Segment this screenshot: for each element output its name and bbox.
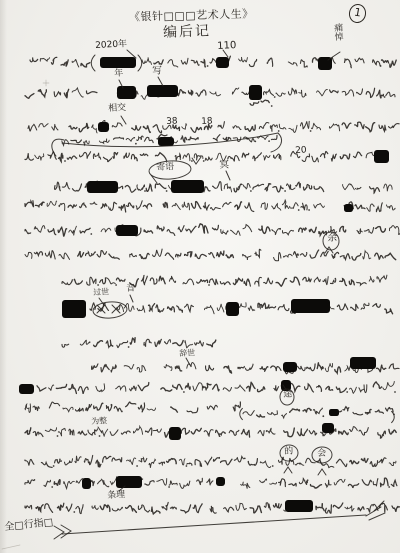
annotation-note: 38 <box>166 117 178 127</box>
annotation-note: 为整 <box>91 417 107 426</box>
annotation-note: 痛 悼 <box>334 25 344 44</box>
annotation-note: 余 <box>327 233 338 244</box>
manuscript-page: 《银针□□□艺术人生》 编后记 1 2020年110痛 悼年写相交381820寄… <box>0 0 400 553</box>
annotation-note: 辞世 <box>179 349 195 358</box>
handwriting-ink-layer <box>0 0 400 553</box>
annotation-note: 音 <box>126 285 135 295</box>
annotation-note: 寄语 <box>156 163 174 173</box>
annotation-note: 冥 <box>219 160 230 171</box>
annotation-note: 110 <box>217 41 237 52</box>
manuscript-subtitle: 编后记 <box>163 20 212 42</box>
annotation-note: 20 <box>295 146 307 156</box>
annotation-note: 的 <box>284 448 293 458</box>
annotation-note: 年 <box>114 70 123 80</box>
annotation-note: 2020年 <box>95 40 127 51</box>
annotation-note: 条理 <box>107 491 125 501</box>
annotation-note: 会 <box>317 450 326 460</box>
annotation-note: 途 <box>283 391 292 401</box>
annotation-note: 相交 <box>108 104 126 114</box>
annotation-note: 过世 <box>93 288 109 297</box>
annotation-note: 18 <box>201 117 213 127</box>
annotation-note: 写 <box>152 66 163 77</box>
